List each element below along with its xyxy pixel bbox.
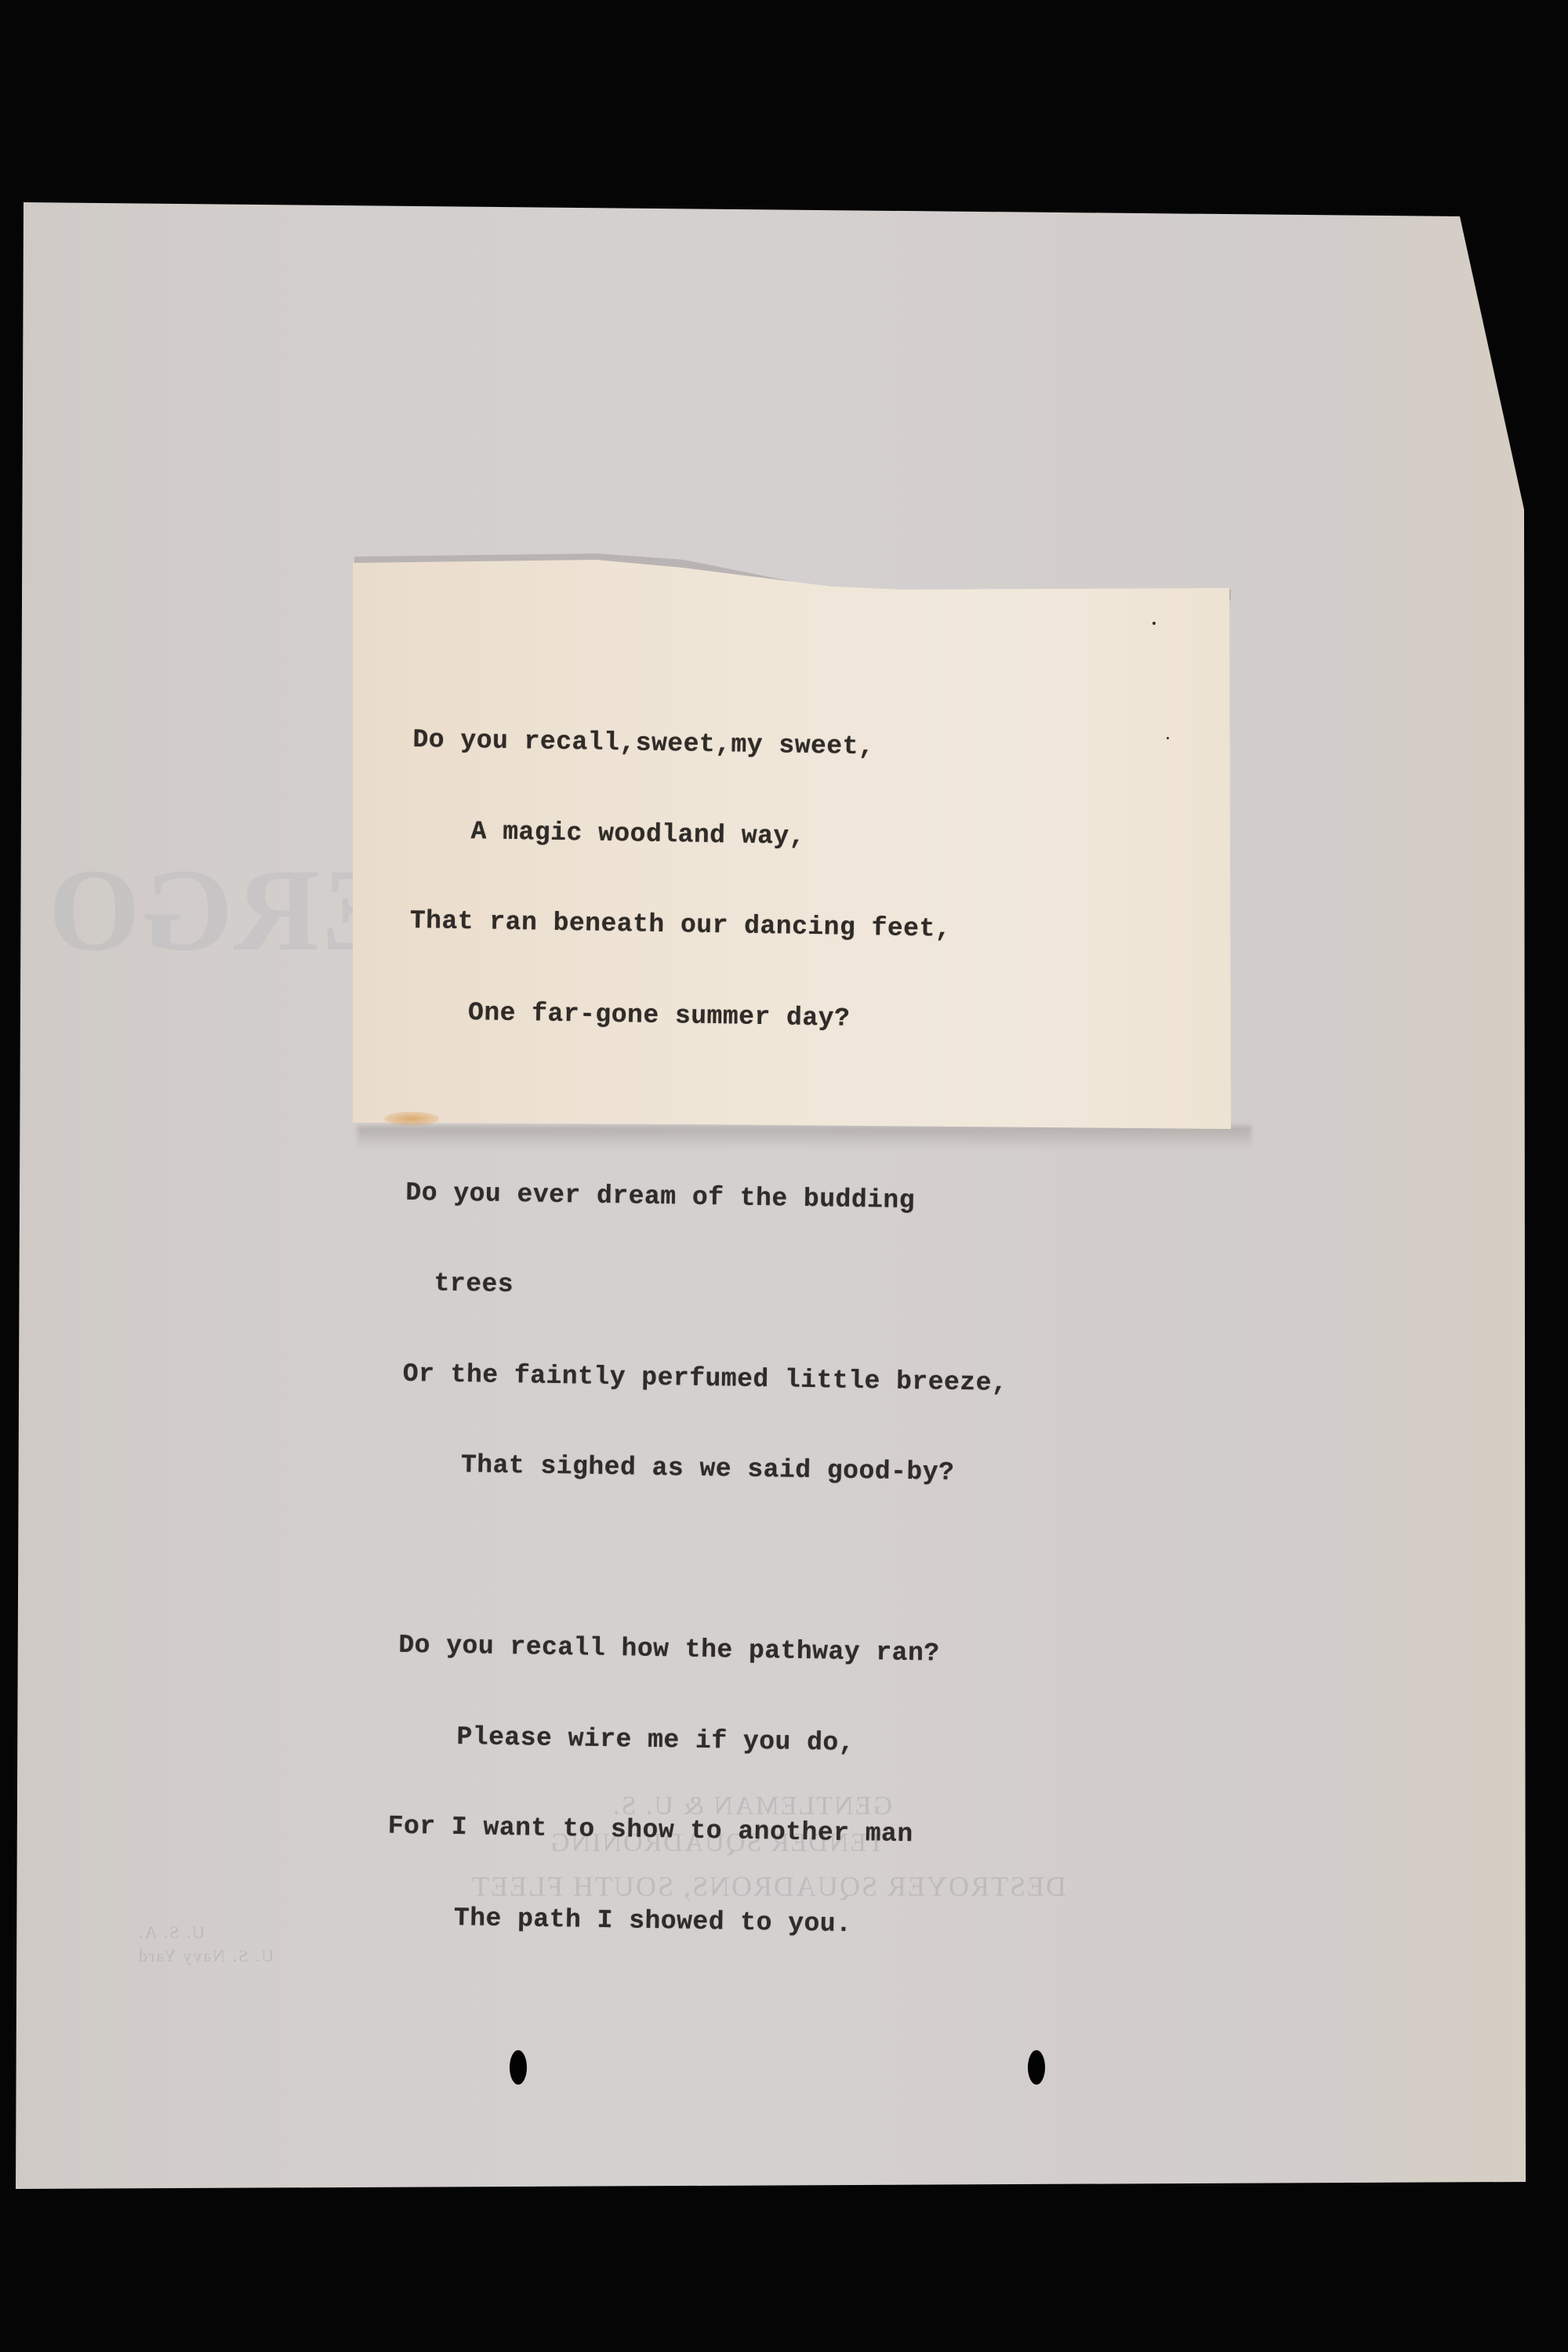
poem-line: Please wire me if you do,: [397, 1721, 1002, 1761]
bleed-through-small-line-1: U. S. A.: [137, 1922, 205, 1943]
punch-hole-left: [510, 2050, 527, 2085]
poem-line: The path I showed to you.: [394, 1902, 1000, 1942]
poem-line: A magic woodland way,: [411, 815, 1016, 855]
poem-line: Do you ever dream of the budding: [405, 1178, 1011, 1218]
poem-line: Do you recall,sweet,my sweet,: [412, 725, 1018, 765]
bleed-through-small-line-2: U. S. Navy Yard: [137, 1946, 274, 1966]
stanza-break: [400, 1540, 1005, 1580]
poem-line: One far-gone summer day?: [408, 996, 1014, 1036]
poem-line: Do you recall how the pathway ran?: [398, 1631, 1004, 1671]
ink-speck: [1167, 737, 1169, 739]
bleed-through-large-text: ERGO: [47, 843, 400, 978]
ink-speck: [1152, 622, 1156, 625]
poem-line: Or the faintly perfumed little breeze,: [402, 1359, 1007, 1399]
poem-line: That sighed as we said good-by?: [401, 1450, 1007, 1490]
poem-line: That ran beneath our dancing feet,: [410, 906, 1015, 946]
poem-line: trees: [404, 1269, 1009, 1308]
stanza-break: [407, 1087, 1012, 1127]
poem-text: Do you recall,sweet,my sweet, A magic wo…: [394, 665, 1018, 1972]
poem-line: For I want to show to another man: [387, 1812, 1000, 1852]
punch-hole-right: [1028, 2050, 1045, 2085]
